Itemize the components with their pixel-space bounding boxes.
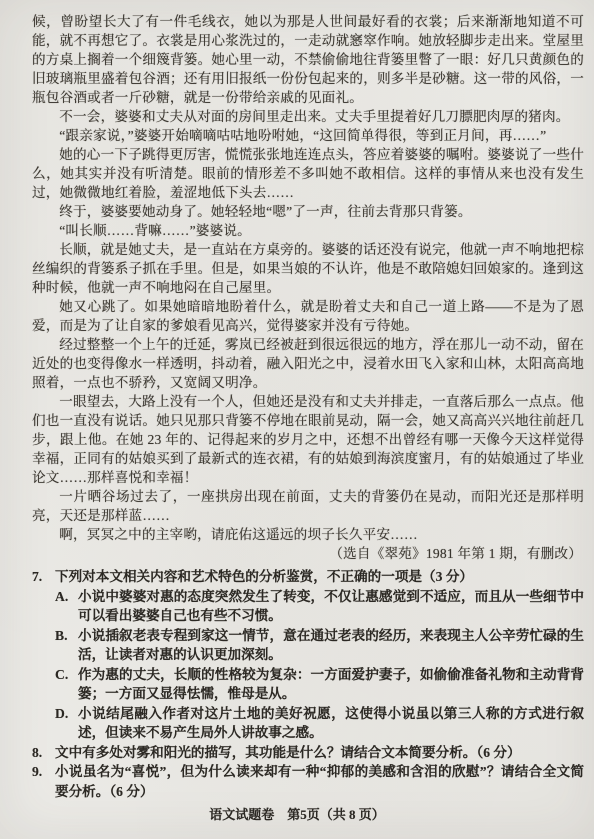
passage-paragraph: 啊，冥冥之中的主宰哟，请庇佑这遥远的坝子长久平安…… [32, 525, 584, 544]
passage-paragraph: 经过整整一个上午的迁延，雾岚已经被赶到很远很远的地方，浮在那儿一动不动，留在近处… [32, 335, 584, 392]
passage-paragraph: 她的心一下子跳得更厉害，慌慌张张地连连点头，答应着婆婆的嘱咐。婆婆说了一些什么，… [32, 145, 584, 202]
option-text: 小说结尾融入作者对这片土地的美好祝愿，这使得小说虽以第三人称的方式进行叙述，但读… [78, 704, 584, 743]
option-B: B. 小说插叙老表专程到家这一情节，意在通过老表的经历，来表现主人公辛劳忙碌的生… [55, 626, 584, 665]
option-A: A. 小说中婆婆对惠的态度突然发生了转变，不仅让惠感觉到不适应，而且从一些细节中… [55, 587, 584, 626]
option-D: D. 小说结尾融入作者对这片土地的美好祝愿，这使得小说虽以第三人称的方式进行叙述… [55, 704, 584, 743]
question-stem: 小说虽名为“喜悦”，但为什么读来却有一种“抑郁的美感和含泪的欣慰”？请结合全文简… [55, 762, 584, 801]
question-7-options: A. 小说中婆婆对惠的态度突然发生了转变，不仅让惠感觉到不适应，而且从一些细节中… [55, 587, 584, 743]
reading-passage: 候，曾盼望长大了有一件毛线衣，她以为那是人世间最好看的衣裳；后来渐渐地知道不可能… [32, 12, 584, 563]
passage-paragraph: “叫长顺……背嘛……”婆婆说。 [32, 221, 584, 240]
question-9: 9. 小说虽名为“喜悦”，但为什么读来却有一种“抑郁的美感和含泪的欣慰”？请结合… [32, 762, 584, 801]
option-label: A. [55, 587, 78, 607]
option-text: 作为惠的丈夫，长顺的性格较为复杂：一方面爱护妻子，如偷偷准备礼物和主动背背篓；一… [78, 665, 584, 704]
question-8: 8. 文中有多处对雾和阳光的描写，其功能是什么？请结合文本简要分析。（6 分） [32, 743, 584, 763]
passage-attribution: （选自《翠苑》1981 年第 1 期，有删改） [32, 544, 584, 563]
question-number: 8. [32, 743, 55, 763]
exam-page: 候，曾盼望长大了有一件毛线衣，她以为那是人世间最好看的衣裳；后来渐渐地知道不可能… [0, 0, 594, 839]
option-C: C. 作为惠的丈夫，长顺的性格较为复杂：一方面爱护妻子，如偷偷准备礼物和主动背背… [55, 665, 584, 704]
option-label: C. [55, 665, 78, 685]
option-text: 小说中婆婆对惠的态度突然发生了转变，不仅让惠感觉到不适应，而且从一些细节中可以看… [78, 587, 584, 626]
passage-paragraph: 长顺，就是她丈夫，是一直站在方桌旁的。婆婆的话还没有说完，他就一声不响地把棕丝编… [32, 240, 584, 297]
question-stem: 下列对本文相关内容和艺术特色的分析鉴赏，不正确的一项是（3 分） [55, 567, 584, 587]
question-7: 7. 下列对本文相关内容和艺术特色的分析鉴赏，不正确的一项是（3 分） A. 小… [32, 567, 584, 743]
option-label: B. [55, 626, 78, 646]
passage-paragraph: 她又心跳了。如果她暗暗地盼着什么，就是盼着丈夫和自己一道上路——不是为了恩爱，而… [32, 297, 584, 335]
question-stem: 文中有多处对雾和阳光的描写，其功能是什么？请结合文本简要分析。（6 分） [55, 743, 584, 763]
passage-paragraph: “跟亲家说，”婆婆开始嘀嘀咕咕地吩咐她，“这回简单得很，等到正月间，再……” [32, 126, 584, 145]
question-number: 7. [32, 567, 55, 587]
option-label: D. [55, 704, 78, 724]
option-text: 小说插叙老表专程到家这一情节，意在通过老表的经历，来表现主人公辛劳忙碌的生活，让… [78, 626, 584, 665]
passage-paragraph: 不一会，婆婆和丈夫从对面的房间里走出来。丈夫手里提着好几刀膘肥肉厚的猪肉。 [32, 107, 584, 126]
question-number: 9. [32, 762, 55, 782]
passage-paragraph: 一眼望去，大路上没有一个人，但她还是没有和丈夫并排走，一直落后那么一点点。他们也… [32, 392, 584, 487]
passage-paragraph: 候，曾盼望长大了有一件毛线衣，她以为那是人世间最好看的衣裳；后来渐渐地知道不可能… [32, 12, 584, 107]
passage-paragraph: 终于，婆婆要她动身了。她轻轻地“嗯”了一声，往前去背那只背篓。 [32, 202, 584, 221]
passage-paragraph: 一片晒谷场过去了，一座拱房出现在前面，丈夫的背篓仍在晃动，而阳光还是那样明亮，天… [32, 487, 584, 525]
questions-section: 7. 下列对本文相关内容和艺术特色的分析鉴赏，不正确的一项是（3 分） A. 小… [32, 567, 584, 801]
page-footer: 语文试题卷 第5页（共 8 页） [0, 804, 594, 823]
